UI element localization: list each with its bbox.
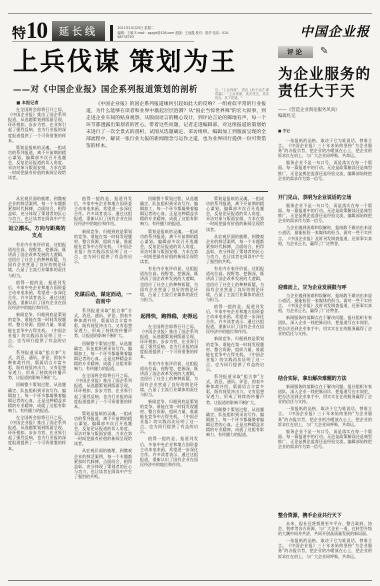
article-column-4: 策划是报纸的灵魂。一组成功的系列报道，离不开前期的精心谋划。编辑部多次召开选题会… [206, 196, 264, 573]
article-column-1-top: ■ 本报记者 在全国两会即将召开之际，《中国企业报》推出了国企系列报道，从选题策… [8, 100, 66, 188]
article-paragraph: 回顾整个策划过程，从选题确定、队伍组织到采访写作、编辑加工，每一个环节都凝聚着编… [8, 382, 66, 413]
editorial-paragraph: 一张报纸的品格，取决于它为谁说话、替谁立言。《中国企业报》三十年来始终坚持“为企… [278, 138, 372, 158]
article-paragraph: 新闻竞争，归根到底是策划的竞争。谁能在第一时间发现题材、整合资源、组织力量，谁就… [74, 229, 132, 265]
newspaper-page: 特10 延长线 2011年10月25日 星期二 编辑：王敏 E-mail：zgq… [0, 0, 380, 586]
editorial-paragraph: 未来，报社还将搭建更多平台，整合政府、协会、智库等各方资源，与广大企业一道，在转… [278, 521, 372, 536]
editorial-paragraph: 服务企业不是一句口号，而是落实在每一个版面、每一篇报道中的行动。无论是政策解读还… [278, 160, 372, 180]
article-paragraph: 在全国两会即将召开之际，《中国企业报》推出了国企系列报道，从选题策划到版面呈现，… [74, 373, 132, 409]
article-subhead-2: 先谋后动，谋定而动，一击而中 [74, 292, 132, 305]
pen-icon: ✎ [320, 47, 328, 57]
editorial-body: 一张报纸的品格，取决于它为谁说话、替谁立言。《中国企业报》三十年来始终坚持“为企… [278, 138, 372, 580]
masthead-editor-line: 编辑：王敏 E-mail：zgqyb@126.com 组版：王祯磊 校对：筱华 … [118, 31, 236, 40]
page-number-tag: 特10 [12, 19, 47, 42]
article-paragraph: 值得一提的是，报道刊发后，多家中央企业和地方国资委主动来电来函，希望进一步深化合… [206, 304, 264, 335]
editorial-subtitle: ——《营造企业舆论服务风尚》 编辑札记 [278, 108, 372, 120]
column-text-block: 值得一提的是，报道刊发后，多家中央企业和地方国资委主动来电来函，希望进一步深化合… [74, 196, 132, 289]
article-paragraph: 系列报道采取“组合拳”方式，消息、通讯、评论、图表多种体裁并用，版面语言丰富多彩… [206, 374, 264, 405]
article-column-3: 回顾整个策划过程，从选题确定、队伍组织到采访写作、编辑加工，每一个环节都凝聚着编… [140, 196, 198, 573]
article-paragraph: 回顾整个策划过程，从选题确定、队伍组织到采访写作、编辑加工，每一个环节都凝聚着编… [74, 341, 132, 372]
article-paragraph: 新闻竞争，归根到底是策划的竞争。谁能在第一时间发现题材、整合资源、组织力量，谁就… [8, 312, 66, 348]
editorial-paragraph: 当企业遇到困难和误解时，报纸敢不敢站出来说公道话，最能检验一家媒体的担当。面对一… [278, 293, 372, 313]
masthead-underline [12, 41, 194, 42]
column-text-block: 在全国两会即将召开之际，《中国企业报》推出了国企系列报道，从选题策划到版面呈现，… [140, 324, 198, 570]
article-byline: ■ 本报记者 [8, 100, 66, 105]
article-paragraph: 有业内专家评价说，这组报道站位高、视野宽、挖掘深，既讲清了国企改革发展的大逻辑，… [140, 361, 198, 397]
editorial-tag-row: 评论 ✎ [278, 46, 372, 58]
editorial-subhead-3: 结合实际，拿出解决难题的方法 [278, 376, 372, 382]
masthead: 特10 延长线 2011年10月25日 星期二 编辑：王敏 E-mail：zgq… [12, 19, 236, 42]
article-paragraph: 新闻竞争，归根到底是策划的竞争。谁能在第一时间发现题材、整合资源、组织力量，谁就… [140, 399, 198, 435]
editorial-paragraph: 新闻服务的落脚点在于解决问题。报社组织专家团队，深入企业一线把脉问诊，把报道写在… [278, 384, 372, 404]
article-column-2: 值得一提的是，报道刊发后，多家中央企业和地方国资委主动来电来函，希望进一步深化合… [74, 196, 132, 573]
column-text-block: 从宏观层面的梳理，到微观企业的鲜活案例，每一个专题都紧扣时代脉搏，点面结合，相得… [8, 196, 66, 223]
column-text-block: 策划是报纸的灵魂。一组成功的系列报道，离不开前期的精心谋划。编辑部多次召开选题会… [206, 196, 264, 567]
editorial-subhead-4: 整合资源，携手企业共行天下 [278, 513, 372, 519]
editorial-paragraph: 当企业遇到困难和误解时，报纸敢不敢站出来说公道话，最能检验一家媒体的担当。面对一… [278, 225, 372, 245]
column-text-block: 回顾整个策划过程，从选题确定、队伍组织到采访写作、编辑加工，每一个环节都凝聚着编… [140, 196, 198, 311]
column-text-block: 有业内专家评价说，这组报道站位高、视野宽、挖掘深，既讲清了国企改革发展的大逻辑，… [8, 242, 66, 573]
article-body: ■ 本报记者 在全国两会即将召开之际，《中国企业报》推出了国企系列报道，从选题策… [8, 100, 270, 580]
newspaper-name: 中国企业报 [300, 21, 370, 40]
top-rule [8, 13, 372, 14]
article-paragraph: 从宏观层面的梳理，到微观企业的鲜活案例，每一个专题都紧扣时代脉搏，点面结合，相得… [8, 196, 66, 223]
article-paragraph: 回顾整个策划过程，从选题确定、队伍组织到采访写作、编辑加工，每一个环节都凝聚着编… [140, 196, 198, 227]
article-paragraph: 从宏观层面的梳理，到微观企业的鲜活案例，每一个专题都紧扣时代脉搏，点面结合，相得… [206, 234, 264, 265]
article-paragraph: 值得一提的是，报道刊发后，多家中央企业和地方国资委主动来电来函，希望进一步深化合… [74, 196, 132, 227]
editorial-byline: ■ 手记 [278, 129, 372, 134]
masthead-info: 2011年10月25日 星期二 编辑：王敏 E-mail：zgqyb@126.c… [118, 26, 236, 40]
editorial-title: 为企业服务的 责任大于天 [278, 67, 372, 101]
article-paragraph: 在全国两会即将召开之际，《中国企业报》推出了国企系列报道，从选题策划到版面呈现，… [8, 107, 66, 143]
article-paragraph: 在全国两会即将召开之际，《中国企业报》推出了国企系列报道，从选题策划到版面呈现，… [8, 415, 66, 451]
article-paragraph: 有业内专家评价说，这组报道站位高、视野宽、挖掘深，既讲清了国企改革发展的大逻辑，… [8, 242, 66, 278]
article-intro-text: 《中国企业报》的国企系列报道缘何引起如此大的反响？一组看似平常的行业报道，为什么… [86, 101, 266, 150]
article-paragraph: 新闻竞争，归根到底是策划的竞争。谁能在第一时间发现题材、整合资源、组织力量，谁就… [206, 336, 264, 372]
editorial-paragraph: 一张报纸的品格，取决于它为谁说话、替谁立言。《中国企业报》三十年来始终坚持“为企… [278, 538, 372, 558]
article-intro-block: 《中国企业报》的国企系列报道缘何引起如此大的反响？一组看似平常的行业报道，为什么… [74, 100, 270, 188]
editorial-sidebar: 评论 ✎ 为企业服务的 责任大于天 ——《营造企业舆论服务风尚》 编辑札记 ■ … [278, 46, 372, 580]
editorial-section: 一张报纸的品格，取决于它为谁说话、替谁立言。《中国企业报》三十年来始终坚持“为企… [278, 138, 372, 193]
article-paragraph: 策划是报纸的灵魂。一组成功的系列报道，离不开前期的精心谋划。编辑部多次召开选题会… [8, 145, 66, 181]
editorial-paragraph: 新闻服务的落脚点在于解决问题。报社组织专家团队，深入企业一线把脉问诊，把报道写在… [278, 315, 372, 335]
editorial-section: 当企业遇到困难和误解时，报纸敢不敢站出来说公道话，最能检验一家媒体的担当。面对一… [278, 293, 372, 374]
editorial-tag: 评论 [278, 46, 313, 58]
intro-divider-rule [100, 191, 268, 192]
editorial-paragraph: 服务企业不是一句口号，而是落实在每一个版面、每一篇报道中的行动。无论是政策解读还… [278, 429, 372, 449]
article-paragraph: 值得一提的是，报道刊发后，多家中央企业和地方国资委主动来电来函，希望进一步深化合… [140, 436, 198, 467]
article-paragraph: 策划是报纸的灵魂。一组成功的系列报道，离不开前期的精心谋划。编辑部多次召开选题会… [140, 229, 198, 265]
article-paragraph: 系列报道采取“组合拳”方式，消息、通讯、评论、图表多种体裁并用，版面语言丰富多彩… [8, 350, 66, 381]
article-paragraph: 有业内专家评价说，这组报道站位高、视野宽、挖掘深，既讲清了国企改革发展的大逻辑，… [140, 266, 198, 302]
article-subhead-1: 站立潮头，方向与距离的支点 [8, 226, 66, 239]
article-paragraph: 策划是报纸的灵魂。一组成功的系列报道，离不开前期的精心谋划。编辑部多次召开选题会… [74, 411, 132, 447]
page-number: 10 [26, 18, 47, 43]
article-paragraph: 系列报道采取“组合拳”方式，消息、通讯、评论、图表多种体裁并用，版面语言丰富多彩… [74, 308, 132, 339]
article-paragraph: 在全国两会即将召开之际，《中国企业报》推出了国企系列报道，从选题策划到版面呈现，… [140, 324, 198, 360]
article-paragraph: 从宏观层面的梳理，到微观企业的鲜活案例，每一个专题都紧扣时代脉搏，点面结合，相得… [74, 448, 132, 479]
editorial-paragraph: 一张报纸的品格，取决于它为谁说话、替谁立言。《中国企业报》三十年来始终坚持“为企… [278, 406, 372, 426]
editorial-title-line1: 为企业服务的 [278, 67, 372, 84]
bottom-rule [8, 580, 372, 581]
editorial-section: 服务企业不是一句口号，而是落实在每一个版面、每一篇报道中的行动。无论是政策解读还… [278, 203, 372, 283]
article-paragraph: 回顾整个策划过程，从选题确定、队伍组织到采访写作、编辑加工，每一个环节都凝聚着编… [206, 407, 264, 438]
article-paragraph: 有业内专家评价说，这组报道站位高、视野宽、挖掘深，既讲清了国企改革发展的大逻辑，… [206, 266, 264, 302]
article-columns-row: 从宏观层面的梳理，到微观企业的鲜活案例，每一个专题都紧扣时代脉搏，点面结合，相得… [8, 196, 270, 573]
article-paragraph: 值得一提的是，报道刊发后，多家中央企业和地方国资委主动来电来函，希望进一步深化合… [8, 280, 66, 311]
editorial-subtitle-line2: 编辑札记 [278, 114, 372, 120]
article-top-row: ■ 本报记者 在全国两会即将召开之际，《中国企业报》推出了国企系列报道，从选题策… [8, 100, 270, 188]
editorial-subhead-2: 迎难而上，甘为企业发展鼓与呼 [278, 285, 372, 291]
section-name-box: 延长线 [52, 21, 105, 41]
editorial-section: 未来，报社还将搭建更多平台，整合政府、协会、智库等各方资源，与广大企业一道，在转… [278, 521, 372, 580]
editorial-subhead-1: 开门见山，表明为企业说话的立场 [278, 195, 372, 201]
article-paragraph: 策划是报纸的灵魂。一组成功的系列报道，离不开前期的精心谋划。编辑部多次召开选题会… [206, 196, 264, 232]
main-headline: 上兵伐谋 策划为王 [13, 49, 268, 77]
column-text-block: 系列报道采取“组合拳”方式，消息、通讯、评论、图表多种体裁并用，版面语言丰富多彩… [74, 308, 132, 573]
editorial-paragraph: 服务企业不是一句口号，而是落实在每一个版面、每一篇报道中的行动。无论是政策解读还… [278, 203, 372, 223]
editorial-section: 新闻服务的落脚点在于解决问题。报社组织专家团队，深入企业一线把脉问诊，把报道写在… [278, 384, 372, 511]
page-tag-character: 特 [12, 27, 26, 42]
article-subhead-3: 起得快，跑得稳，走得远 [140, 314, 198, 321]
article-column-1: 从宏观层面的梳理，到微观企业的鲜活案例，每一个专题都紧扣时代脉搏，点面结合，相得… [8, 196, 66, 573]
masthead-divider-bar [110, 25, 113, 41]
editorial-title-line2: 责任大于天 [278, 84, 372, 101]
